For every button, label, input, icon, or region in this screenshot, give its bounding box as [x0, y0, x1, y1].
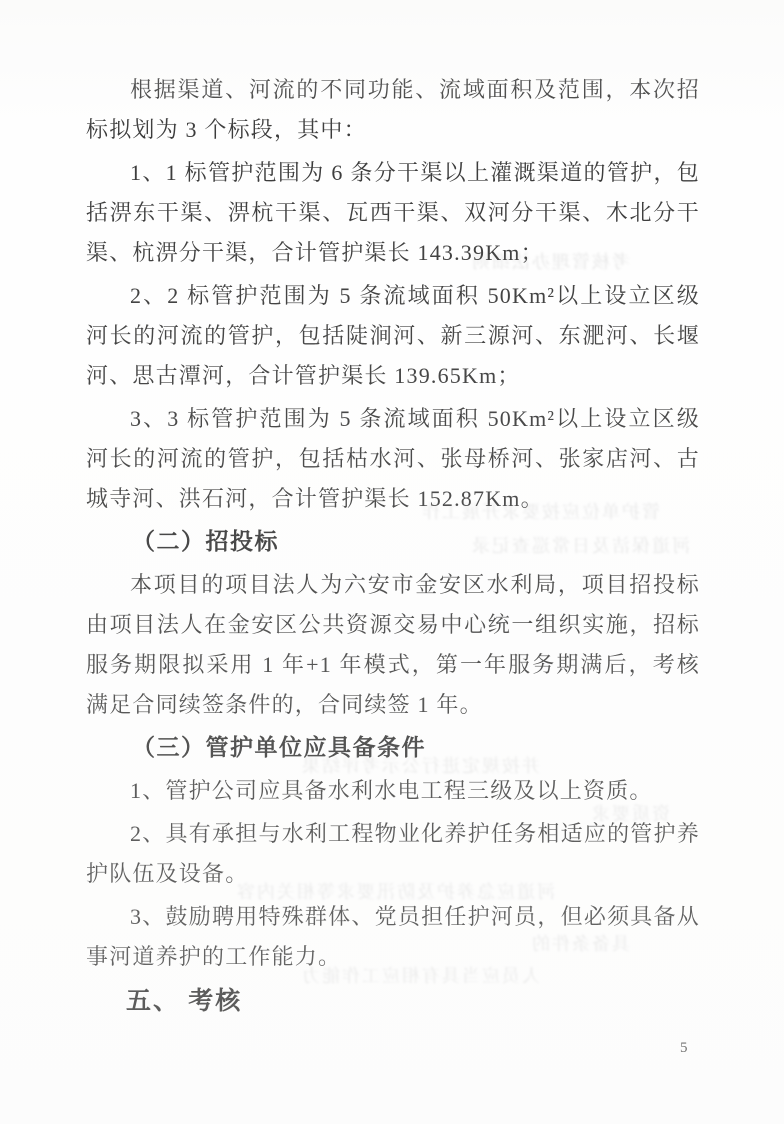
paragraph-lot3: 3、3 标管护范围为 5 条流域面积 50Km²以上设立区级河长的河流的管护，包… [86, 399, 700, 519]
paragraph-condition-1: 1、管护公司应具备水利水电工程三级及以上资质。 [86, 771, 700, 811]
paragraph-lot2: 2、2 标管护范围为 5 条流域面积 50Km²以上设立区级河长的河流的管护，包… [86, 276, 700, 396]
document-content: 根据渠道、河流的不同功能、流域面积及范围，本次招标拟划为 3 个标段，其中： 1… [86, 70, 700, 1023]
paragraph-condition-2: 2、具有承担与水利工程物业化养护任务相适应的管护养护队伍及设备。 [86, 814, 700, 894]
page-number: 5 [680, 1040, 688, 1057]
paragraph-bidding-body: 本项目的项目法人为六安市金安区水利局，项目招投标由项目法人在金安区公共资源交易中… [86, 565, 700, 725]
heading-conditions-section: （三）管护单位应具备条件 [86, 728, 700, 768]
document-page: 根据渠道、河流的不同功能、流域面积及范围，本次招标拟划为 3 个标段，其中： 1… [0, 0, 784, 1124]
paragraph-intro: 根据渠道、河流的不同功能、流域面积及范围，本次招标拟划为 3 个标段，其中： [86, 70, 700, 150]
heading-assessment-section: 五、 考核 [86, 981, 700, 1023]
heading-bidding-section: （二）招投标 [86, 522, 700, 562]
paragraph-condition-3: 3、鼓励聘用特殊群体、党员担任护河员，但必须具备从事河道养护的工作能力。 [86, 897, 700, 977]
paragraph-lot1: 1、1 标管护范围为 6 条分干渠以上灌溉渠道的管护，包括淠东干渠、淠杭干渠、瓦… [86, 153, 700, 273]
